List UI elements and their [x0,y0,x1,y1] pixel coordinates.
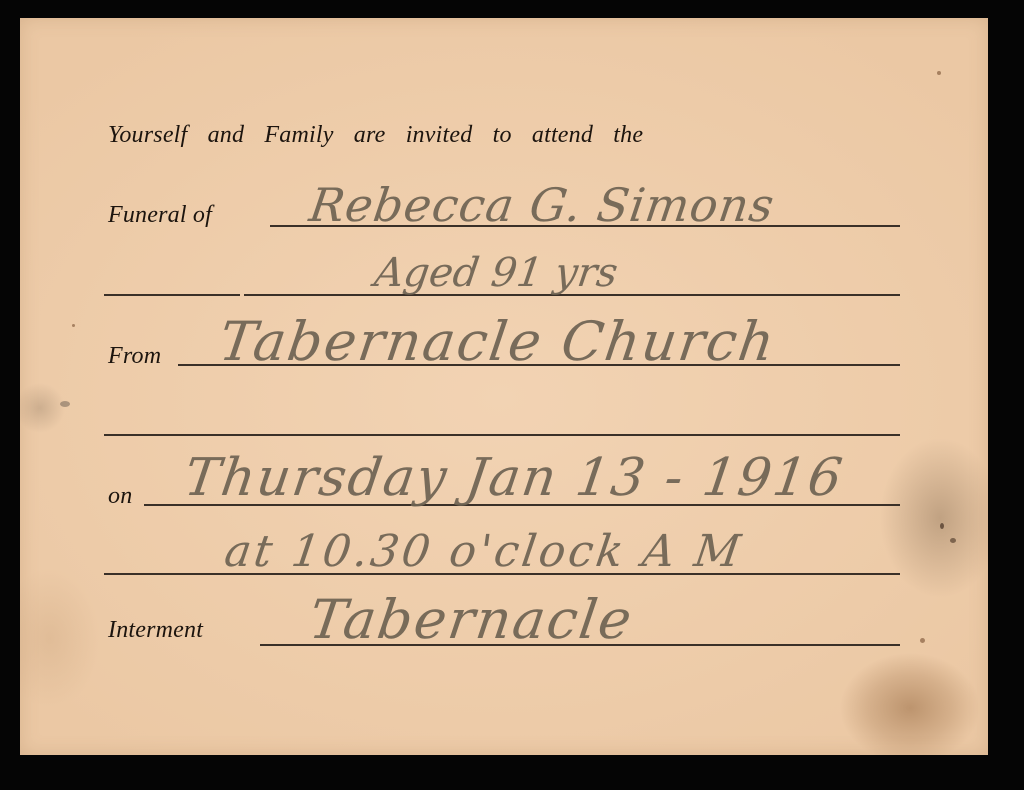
age: Aged 91 yrs [372,250,621,296]
blank-line [104,434,900,436]
funeral-of-label: Funeral of [108,202,212,229]
on-label: on [108,483,132,510]
foxing-spot [937,71,941,75]
funeral-invitation-card: Yourself and Family are invited to atten… [20,18,988,755]
service-date: Thursday Jan 13 - 1916 [181,448,848,508]
foxing-spot [72,324,75,327]
foxing-spot [940,523,944,529]
service-time: at 10.30 o'clock A M [221,526,746,577]
deceased-name: Rebecca G. Simons [306,178,778,232]
foxing-spot [950,538,956,543]
interment-place: Tabernacle [306,588,638,651]
service-place: Tabernacle Church [216,310,781,373]
interment-label: Interment [108,617,203,644]
foxing-spot [920,638,925,643]
invitation-headline: Yourself and Family are invited to atten… [108,122,643,149]
age-line-left [104,294,240,296]
foxing-spot [60,401,70,407]
from-label: From [108,343,161,370]
